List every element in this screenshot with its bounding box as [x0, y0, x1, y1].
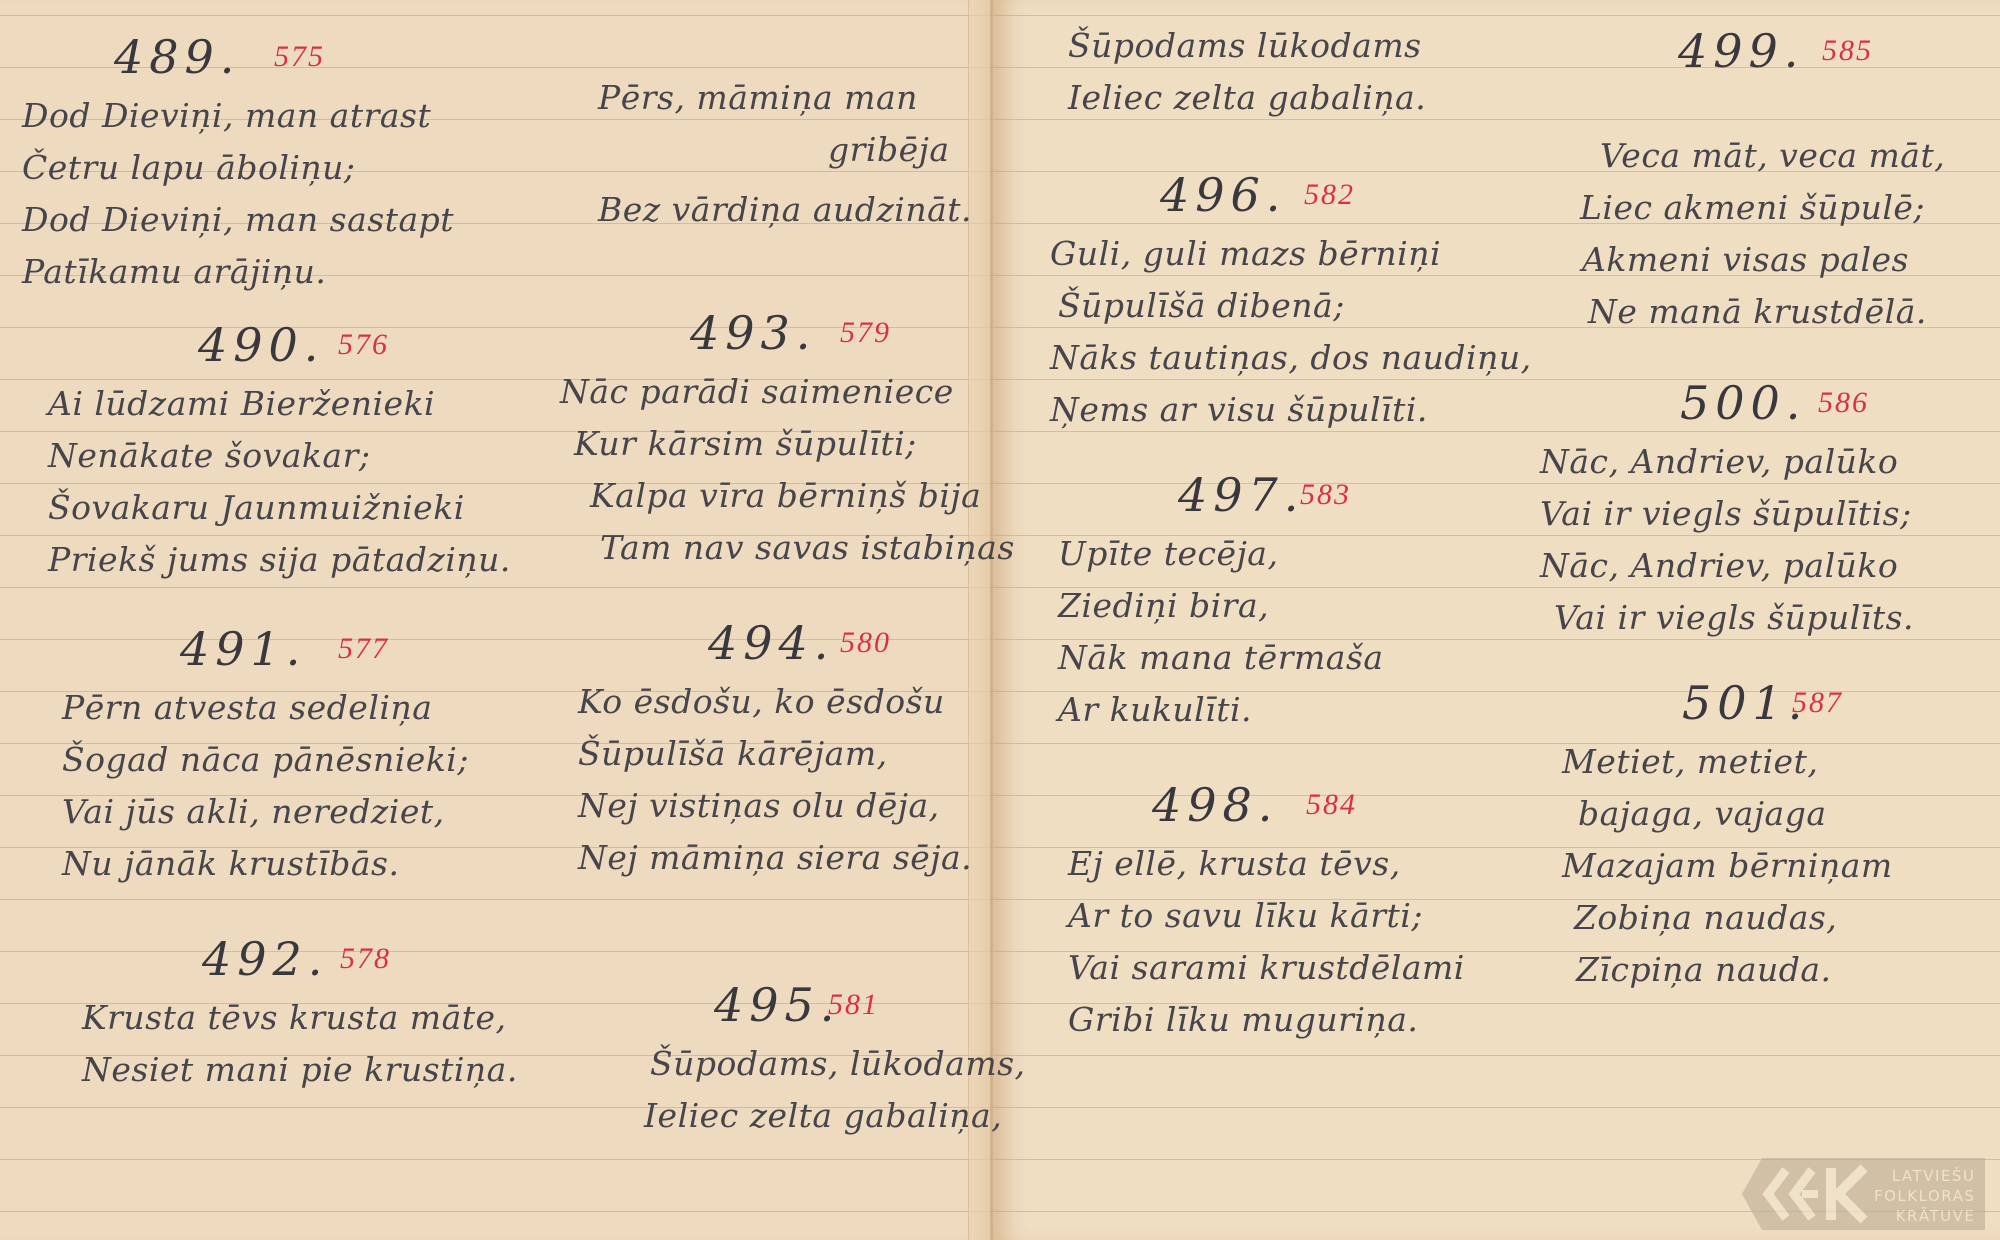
verse-header: 495. 581 [622, 978, 1026, 1038]
verse-number: 501. [1682, 676, 1808, 730]
verse-line: Dod Dieviņi, man sastapt [22, 194, 454, 246]
verse-line: Šūpodams lūkodams [1068, 20, 1426, 72]
verse-line: Četru lapu āboliņu; [22, 142, 454, 194]
wordmark-line: KRĀTUVE [1874, 1206, 1975, 1226]
verse-line: Šūpulīšā kārējam, [578, 728, 972, 780]
verse-lines: Ej ellē, krusta tēvs, Ar to savu līku kā… [1068, 838, 1465, 1046]
wordmark-line: FOLKLORAS [1874, 1186, 1975, 1206]
verse-lines: Upīte tecēja, Ziediņi bira, Nāk mana tēr… [1058, 528, 1384, 736]
verse-header: 497. 583 [1058, 468, 1384, 528]
catalog-ref: 577 [338, 632, 389, 666]
catalog-ref: 583 [1300, 478, 1351, 512]
verse-line: Nej māmiņa siera sēja. [578, 832, 972, 884]
verse-line: Metiet, metiet, [1562, 736, 1893, 788]
verse-header: 493. 579 [560, 306, 1015, 366]
verse-header: 491. 577 [62, 622, 469, 682]
verse-number: 500. [1680, 376, 1806, 430]
verse-number: 492. [202, 932, 328, 986]
lfk-chevron-icon [1742, 1158, 1874, 1230]
verse-line: Nāk mana tērmaša [1058, 632, 1384, 684]
verse-line: Ielieс zelta gabaliņa, [622, 1090, 1026, 1142]
verse-line: Ņems ar visu šūpulīti. [1050, 384, 1532, 436]
verse-line: Nej vistiņas olu dēja, [578, 780, 972, 832]
verse-498: 498. 584 Ej ellē, krusta tēvs, Ar to sav… [1068, 778, 1465, 1046]
verse-lines: Nāc parādi saimeniece Kur kārsim šūpulīt… [560, 366, 1015, 574]
verse-line: Pērn atvesta sedeliņa [62, 682, 469, 734]
lfk-wordmark: LATVIEŠU FOLKLORAS KRĀTUVE [1868, 1158, 1985, 1230]
verse-line: Gribi līku muguriņa. [1068, 994, 1465, 1046]
verse-line: Ej ellē, krusta tēvs, [1068, 838, 1465, 890]
verse-line: Guli, guli mazs bērniņi [1050, 228, 1532, 280]
notebook-spread: 489. 575 Dod Dieviņi, man atrast Četru l… [0, 0, 2000, 1240]
verse-500: 500. 586 Nāc, Andriev, palūko Vai ir vie… [1540, 376, 1914, 644]
verse-number: 494. [708, 616, 834, 670]
verse-line: Upīte tecēja, [1058, 528, 1384, 580]
verse-492: 492. 578 Krusta tēvs krusta māte, Nesiet… [82, 932, 518, 1096]
verse-495: 495. 581 Šūpodams, lūkodams, Ielieс zelt… [622, 978, 1026, 1142]
verse-490: 490. 576 Ai lūdzami Bierženieki Nenākate… [48, 318, 511, 586]
lfk-watermark-logo: LATVIEŠU FOLKLORAS KRĀTUVE [1742, 1158, 1990, 1230]
verse-number: 493. [690, 306, 816, 360]
verse-line: Patīkamu arājiņu. [22, 246, 454, 298]
catalog-ref: 581 [828, 988, 879, 1022]
verse-line: Ziediņi bira, [1058, 580, 1384, 632]
verse-line: Ko ēsdošu, ko ēsdošu [578, 676, 972, 728]
verse-line: Krusta tēvs krusta māte, [82, 992, 518, 1044]
verse-header: 500. 586 [1540, 376, 1914, 436]
verse-line: Ai lūdzami Bierženieki [48, 378, 511, 430]
verse-header: 494. 580 [578, 616, 972, 676]
verse-number: 499. [1678, 24, 1804, 78]
verse-number: 498. [1152, 778, 1278, 832]
catalog-ref: 584 [1306, 788, 1357, 822]
verse-number: 491. [180, 622, 306, 676]
verse-line: Nāc, Andriev, palūko [1540, 436, 1914, 488]
wordmark-line: LATVIEŠU [1874, 1166, 1975, 1186]
verse-header: 499. 585 [1566, 24, 1945, 84]
verse-lines: Pērn atvesta sedeliņa Šogad nāca pānēsni… [62, 682, 469, 890]
verse-lines: Guli, guli mazs bērniņi Šūpulīšā dibenā;… [1050, 228, 1532, 436]
verse-lines: Krusta tēvs krusta māte, Nesiet mani pie… [82, 992, 518, 1096]
verse-lines: Pērs, māmiņa man gribēja Bez vārdiņa aud… [598, 72, 972, 236]
verse-line: Zīcpiņa nauda. [1562, 944, 1893, 996]
verse-lines: Metiet, metiet, bajaga, vajaga Mazajam b… [1562, 736, 1893, 996]
verse-line: Priekš jums sija pātadziņu. [48, 534, 511, 586]
verse-header: 492. 578 [82, 932, 518, 992]
catalog-ref: 587 [1792, 686, 1843, 720]
verse-line: bajaga, vajaga [1562, 788, 1893, 840]
verse-number: 497. [1178, 468, 1304, 522]
verse-lines: Nāc, Andriev, palūko Vai ir viegls šūpul… [1540, 436, 1914, 644]
verse-line: Nenākate šovakar; [48, 430, 511, 482]
verse-lines: Dod Dieviņi, man atrast Četru lapu āboli… [22, 90, 454, 298]
verse-line: Zobiņa naudas, [1562, 892, 1893, 944]
verse-489: 489. 575 Dod Dieviņi, man atrast Četru l… [22, 30, 454, 298]
verse-header: 490. 576 [48, 318, 511, 378]
catalog-ref: 576 [338, 328, 389, 362]
verse-lines: Ai lūdzami Bierženieki Nenākate šovakar;… [48, 378, 511, 586]
catalog-ref: 582 [1304, 178, 1355, 212]
verse-line: Šūpodams, lūkodams, [622, 1038, 1026, 1090]
catalog-ref: 575 [274, 40, 325, 74]
verse-line: Vai sarami krustdēlami [1068, 942, 1465, 994]
verse-line: Tam nav savas istabiņas [560, 522, 1015, 574]
verse-line: Mazajam bērniņam [1562, 840, 1893, 892]
verse-line: Šogad nāca pānēsnieki; [62, 734, 469, 786]
verse-line: Kalpa vīra bērniņš bija [560, 470, 1015, 522]
verse-number: 490. [198, 318, 324, 372]
verse-line: Veca māt, veca māt, [1566, 130, 1945, 182]
verse-number: 489. [114, 30, 240, 84]
verse-line: Nesiet mani pie krustiņa. [82, 1044, 518, 1096]
catalog-ref: 580 [840, 626, 891, 660]
verse-line: Nu jānāk krustībās. [62, 838, 469, 890]
verse-493: 493. 579 Nāc parādi saimeniece Kur kārsi… [560, 306, 1015, 574]
verse-header: 496. 582 [1050, 168, 1532, 228]
verse-line: gribēja [598, 124, 972, 176]
verse-line: Vai ir viegls šūpulītis; [1540, 488, 1914, 540]
verse-number: 496. [1160, 168, 1286, 222]
verse-497: 497. 583 Upīte tecēja, Ziediņi bira, Nāk… [1058, 468, 1384, 736]
verse-line: Ielieс zelta gabaliņa. [1068, 72, 1426, 124]
catalog-ref: 579 [840, 316, 891, 350]
verse-number: 495. [714, 978, 840, 1032]
verse-line: Nāc, Andriev, palūko [1540, 540, 1914, 592]
verse-501: 501. 587 Metiet, metiet, bajaga, vajaga … [1562, 676, 1893, 996]
verse-line: Ar to savu līku kārti; [1068, 890, 1465, 942]
verse-lines: Šūpodams lūkodams Ielieс zelta gabaliņa. [1068, 20, 1426, 124]
catalog-ref: 578 [340, 942, 391, 976]
verse-line: Liec akmeni šūpulē; [1566, 182, 1945, 234]
verse-header: 498. 584 [1068, 778, 1465, 838]
verse-line: Ne manā krustdēlā. [1566, 286, 1945, 338]
verse-line: Pērs, māmiņa man [598, 72, 972, 124]
verse-header: 489. 575 [22, 30, 454, 90]
catalog-ref: 586 [1818, 386, 1869, 420]
verse-line: Nāks tautiņas, dos naudiņu, [1050, 332, 1532, 384]
verse-lines: Šūpodams, lūkodams, Ielieс zelta gabaliņ… [622, 1038, 1026, 1142]
catalog-ref: 585 [1822, 34, 1873, 68]
verse-line: Akmeni visas pales [1566, 234, 1945, 286]
verse-494: 494. 580 Ko ēsdošu, ko ēsdošu Šūpulīšā k… [578, 616, 972, 884]
verse-header: 501. 587 [1562, 676, 1893, 736]
verse-496: 496. 582 Guli, guli mazs bērniņi Šūpulīš… [1050, 168, 1532, 436]
verse-line: Vai jūs akli, neredziet, [62, 786, 469, 838]
verse-lines: Ko ēsdošu, ko ēsdošu Šūpulīšā kārējam, N… [578, 676, 972, 884]
verse-499: 499. 585 Veca māt, veca māt, Liec akmeni… [1566, 24, 1945, 338]
verse-line: Šūpulīšā dibenā; [1050, 280, 1532, 332]
verse-line: Dod Dieviņi, man atrast [22, 90, 454, 142]
verse-line: Vai ir viegls šūpulīts. [1540, 592, 1914, 644]
verse-line: Kur kārsim šūpulīti; [560, 418, 1015, 470]
verse-line: Šovakaru Jaunmuižnieki [48, 482, 511, 534]
verse-line: Bez vārdiņa audzināt. [598, 184, 972, 236]
verse-lines: Veca māt, veca māt, Liec akmeni šūpulē; … [1566, 130, 1945, 338]
verse-continuation-right: Šūpodams lūkodams Ielieс zelta gabaliņa. [1068, 20, 1426, 124]
verse-line: Ar kukulīti. [1058, 684, 1384, 736]
verse-line: Nāc parādi saimeniece [560, 366, 1015, 418]
verse-491: 491. 577 Pērn atvesta sedeliņa Šogad nāc… [62, 622, 469, 890]
verse-continuation-left: Pērs, māmiņa man gribēja Bez vārdiņa aud… [598, 72, 972, 236]
